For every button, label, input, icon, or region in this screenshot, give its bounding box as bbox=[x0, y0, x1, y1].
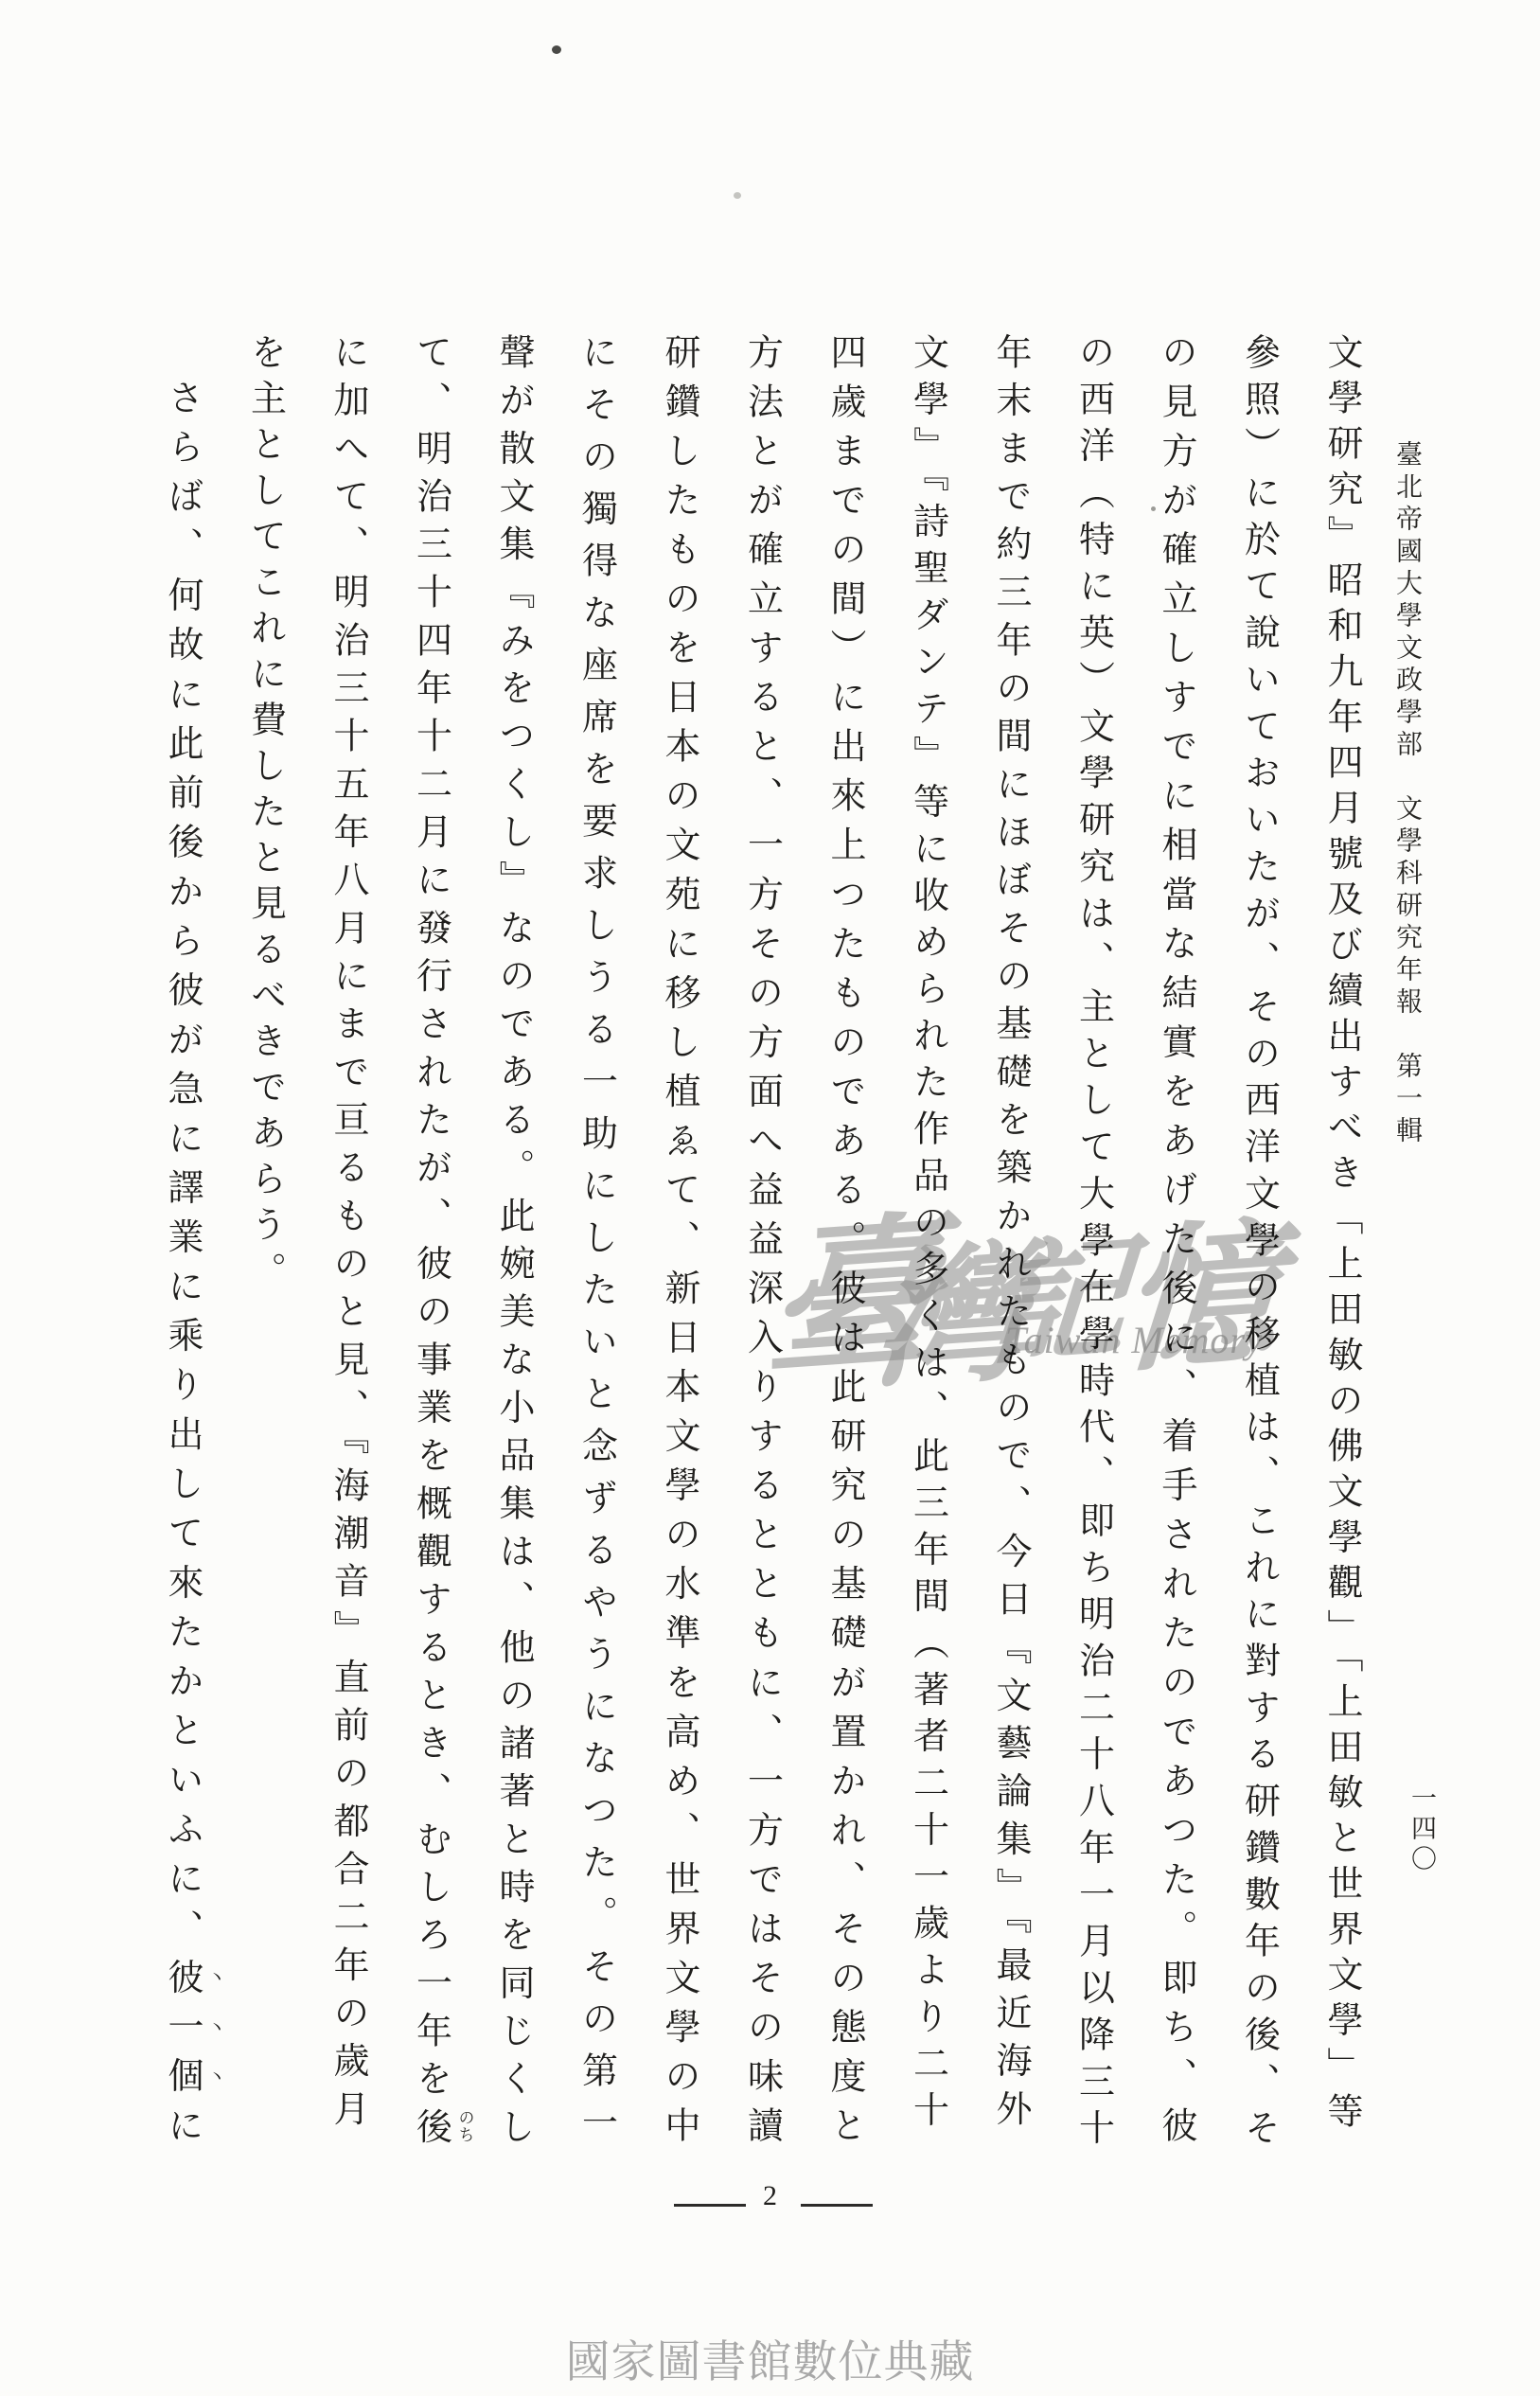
furigana-nochi: のち bbox=[456, 2109, 473, 2143]
scan-speck bbox=[1151, 506, 1156, 511]
footer-dash-right bbox=[801, 2204, 873, 2207]
running-head: 臺北帝國大學文政學部 文學科研究年報 第一輯 bbox=[1388, 440, 1425, 1148]
emphasis-dot: 丶 bbox=[207, 2068, 226, 2087]
text-column-13: に加へて、明治三十五年八月にまで亘るものと見、『海潮音』直前の都合二年の歲月 bbox=[324, 333, 371, 2138]
footer-dash-left bbox=[674, 2204, 746, 2207]
text-column-4: の西洋（特に英）文學研究は、主として大學在學時代、即ち明治二十八年一月以降三十 bbox=[1070, 333, 1117, 2156]
text-column-1: 文學研究』昭和九年四月號及び續出すべき「上田敏の佛文學觀」「上田敏と世界文學」等 bbox=[1318, 333, 1365, 2138]
emphasis-dot: 丶 bbox=[207, 1969, 226, 1988]
text-column-6: 文學』『詩聖ダンテ』等に收められた作品の多くは、此三年間（著者二十一歲より二十 bbox=[904, 333, 951, 2138]
text-column-11: 聲が散文集『みをつくし』なのである。此婉美な小品集は、他の諸著と時を同じくし bbox=[489, 333, 537, 2156]
text-column-9: 研鑽したものを日本の文苑に移し植ゑて、新日本文學の水準を高め、世界文學の中 bbox=[655, 333, 702, 2156]
text-column-10: にその獨得な座席を要求しうる一助にしたいと念ずるやうになつた。その第一 bbox=[573, 333, 620, 2156]
scan-speck bbox=[552, 45, 561, 54]
text-column-2: 參照）に於て說いておいたが、その西洋文學の移植は、これに對する研鑽數年の後、そ bbox=[1235, 333, 1283, 2156]
text-column-12: て、明治三十四年十二月に發行されたが、彼の事業を概觀するとき、むしろ一年を後 bbox=[407, 333, 454, 2156]
text-column-7: 四歲までの間）に出來上つたものである。彼は此研究の基礎が置かれ、その態度と bbox=[821, 333, 868, 2156]
library-digital-archive-label: 國家圖書館數位典藏 bbox=[566, 2327, 975, 2390]
footer-page-number: 2 bbox=[763, 2182, 777, 2210]
text-column-15: さらば、何故に此前後から彼が急に譯業に乘り出して來たかといふに、彼一個に bbox=[158, 379, 205, 2156]
scan-speck bbox=[734, 192, 741, 199]
text-column-5: 年末まで約三年の間にほぼその基礎を築かれたもので、今日『文藝論集』『最近海外 bbox=[986, 333, 1034, 2138]
text-column-14: を主としてこれに費したと見るべきであらう。 bbox=[241, 333, 289, 1298]
text-column-3: の見方が確立しすでに相當な結實をあげた後に、着手されたのであつた。即ち、彼 bbox=[1152, 333, 1199, 2156]
emphasis-dot: 丶 bbox=[207, 2019, 226, 2038]
side-page-number: 一四〇 bbox=[1403, 1784, 1441, 1875]
scanned-document-page: 臺北帝國大學文政學部 文學科研究年報 第一輯 一四〇 文學研究』昭和九年四月號及… bbox=[0, 0, 1540, 2396]
watermark-latin-text: Taiwan Memory bbox=[1005, 1322, 1264, 1359]
text-column-8: 方法とが確立すると、一方その方面へ益益深入りするとともに、一方ではその味讀 bbox=[738, 333, 786, 2156]
